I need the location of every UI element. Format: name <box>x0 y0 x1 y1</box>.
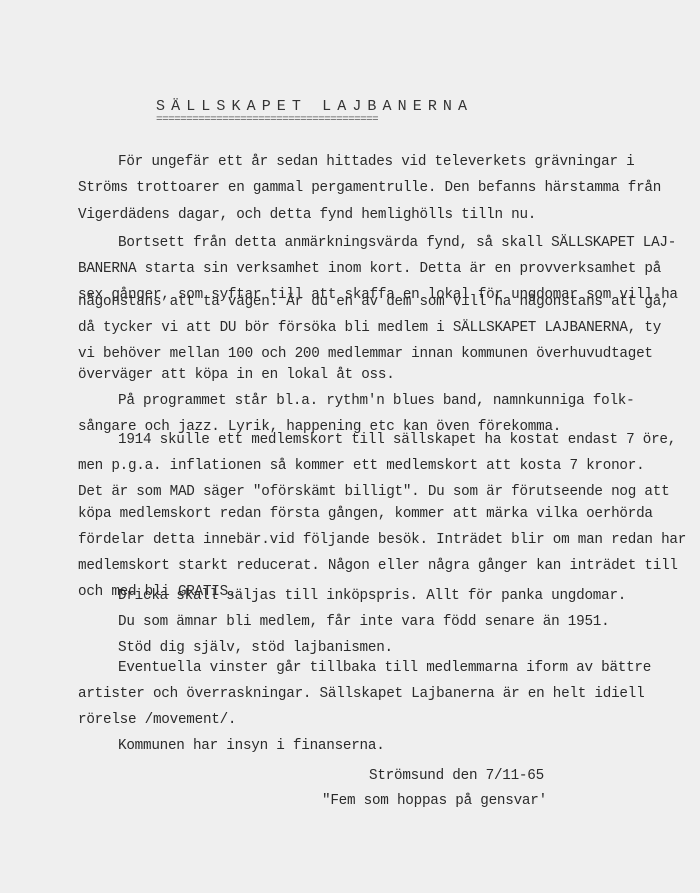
body-line: Stöd dig själv, stöd lajbanismen. <box>118 639 393 657</box>
body-line: 1914 skulle ett medlemskort till sällska… <box>118 431 676 449</box>
document-title: SÄLLSKAPET LAJBANERNA <box>156 98 473 115</box>
body-line: fördelar detta innebär.vid följande besö… <box>78 531 686 549</box>
title-underline: ===================================== <box>156 116 448 124</box>
body-line: Dricka skall säljas till inköpspris. All… <box>118 587 626 605</box>
body-line: Vigerdädens dagar, och detta fynd hemlig… <box>78 206 536 224</box>
body-line: någonstans att ta vägen. Är du en av dem… <box>78 293 669 311</box>
body-line: överväger att köpa in en lokal åt oss. <box>78 366 395 384</box>
body-line: För ungefär ett år sedan hittades vid te… <box>118 153 634 171</box>
body-line: då tycker vi att DU bör försöka bli medl… <box>78 319 661 337</box>
signature-place-date: Strömsund den 7/11-65 <box>369 767 544 785</box>
body-line: På programmet står bl.a. rythm'n blues b… <box>118 392 634 410</box>
body-line: artister och överraskningar. Sällskapet … <box>78 685 644 703</box>
body-line: köpa medlemskort redan första gången, ko… <box>78 505 653 523</box>
body-line: medlemskort starkt reducerat. Någon elle… <box>78 557 678 575</box>
signature-signoff: "Fem som hoppas på gensvar' <box>322 792 547 810</box>
body-line: Du som ämnar bli medlem, får inte vara f… <box>118 613 609 631</box>
typewritten-page: SÄLLSKAPET LAJBANERNA ==================… <box>0 0 700 893</box>
body-line: Det är som MAD säger "oförskämt billigt"… <box>78 483 669 501</box>
body-line: rörelse /movement/. <box>78 711 236 729</box>
body-line: Ströms trottoarer en gammal pergamentrul… <box>78 179 661 197</box>
body-line: Eventuella vinster går tillbaka till med… <box>118 659 651 677</box>
body-line: vi behöver mellan 100 och 200 medlemmar … <box>78 345 653 363</box>
body-line: Kommunen har insyn i finanserna. <box>118 737 385 755</box>
body-line: BANERNA starta sin verksamhet inom kort.… <box>78 260 661 278</box>
body-line: Bortsett från detta anmärkningsvärda fyn… <box>118 234 676 252</box>
body-line: men p.g.a. inflationen så kommer ett med… <box>78 457 644 475</box>
